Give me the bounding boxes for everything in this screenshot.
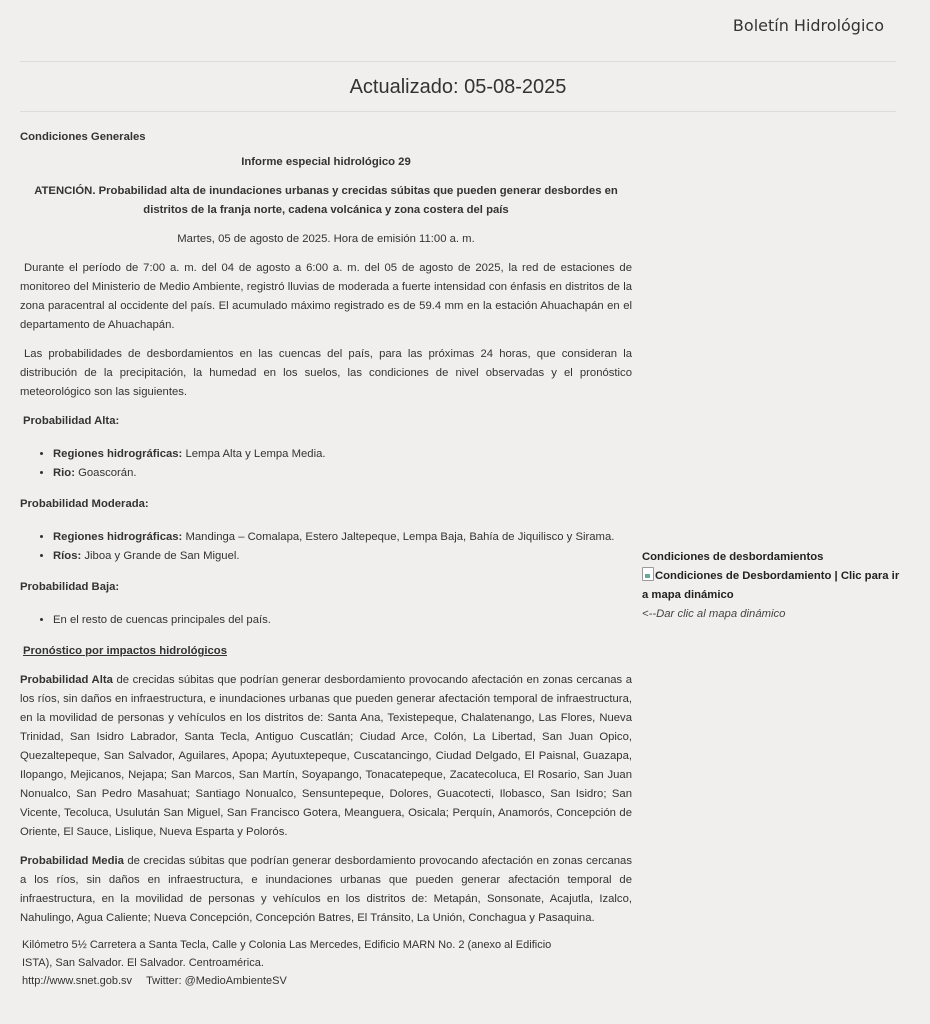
prob-alta-list: Regiones hidrográficas: Lempa Alta y Lem… bbox=[20, 445, 632, 483]
dynamic-map-link[interactable]: Condiciones de Desbordamiento | Clic par… bbox=[642, 567, 904, 605]
impact-title: Pronóstico por impactos hidrológicos bbox=[20, 642, 632, 661]
footer-address: Kilómetro 5½ Carretera a Santa Tecla, Ca… bbox=[22, 936, 562, 972]
prob-baja-heading: Probabilidad Baja: bbox=[20, 578, 632, 597]
report-title: Informe especial hidrológico 29 bbox=[20, 153, 632, 172]
map-hint: <--Dar clic al mapa dinámico bbox=[642, 605, 904, 624]
prob-moderada-heading: Probabilidad Moderada: bbox=[20, 495, 632, 514]
paragraph-probabilities: Las probabilidades de desbordamientos en… bbox=[20, 345, 632, 402]
bulletin-content: Condiciones Generales Informe especial h… bbox=[20, 128, 632, 928]
list-item: Regiones hidrográficas: Lempa Alta y Lem… bbox=[53, 445, 632, 464]
footer-website-link[interactable]: http://www.snet.gob.sv bbox=[22, 975, 132, 987]
sidebar-title: Condiciones de desbordamientos bbox=[642, 548, 904, 567]
date-line: Martes, 05 de agosto de 2025. Hora de em… bbox=[20, 230, 632, 249]
list-item: Rio: Goascorán. bbox=[53, 464, 632, 483]
list-item: Ríos: Jiboa y Grande de San Miguel. bbox=[53, 547, 632, 566]
list-item: Regiones hidrográficas: Mandinga – Comal… bbox=[53, 528, 632, 547]
broken-image-icon bbox=[642, 567, 654, 581]
impact-alta-paragraph: Probabilidad Alta de crecidas súbitas qu… bbox=[20, 671, 632, 842]
header-divider bbox=[20, 61, 896, 62]
section-title: Condiciones Generales bbox=[20, 128, 632, 147]
sidebar-overflow-conditions: Condiciones de desbordamientos Condicion… bbox=[642, 548, 904, 624]
list-item: En el resto de cuencas principales del p… bbox=[53, 611, 632, 630]
prob-moderada-list: Regiones hidrográficas: Mandinga – Comal… bbox=[20, 528, 632, 566]
alert-text: ATENCIÓN. Probabilidad alta de inundacio… bbox=[20, 182, 632, 220]
header-divider-bottom bbox=[20, 111, 896, 112]
updated-date: Actualizado: 05-08-2025 bbox=[20, 76, 896, 99]
prob-alta-heading: Probabilidad Alta: bbox=[20, 412, 632, 431]
footer-twitter[interactable]: Twitter: @MedioAmbienteSV bbox=[146, 975, 287, 987]
impact-media-paragraph: Probabilidad Media de crecidas súbitas q… bbox=[20, 852, 632, 928]
prob-baja-list: En el resto de cuencas principales del p… bbox=[20, 611, 632, 630]
site-title: Boletín Hidrológico bbox=[733, 16, 884, 35]
paragraph-rainfall: Durante el período de 7:00 a. m. del 04 … bbox=[20, 259, 632, 335]
footer: Kilómetro 5½ Carretera a Santa Tecla, Ca… bbox=[22, 936, 562, 990]
